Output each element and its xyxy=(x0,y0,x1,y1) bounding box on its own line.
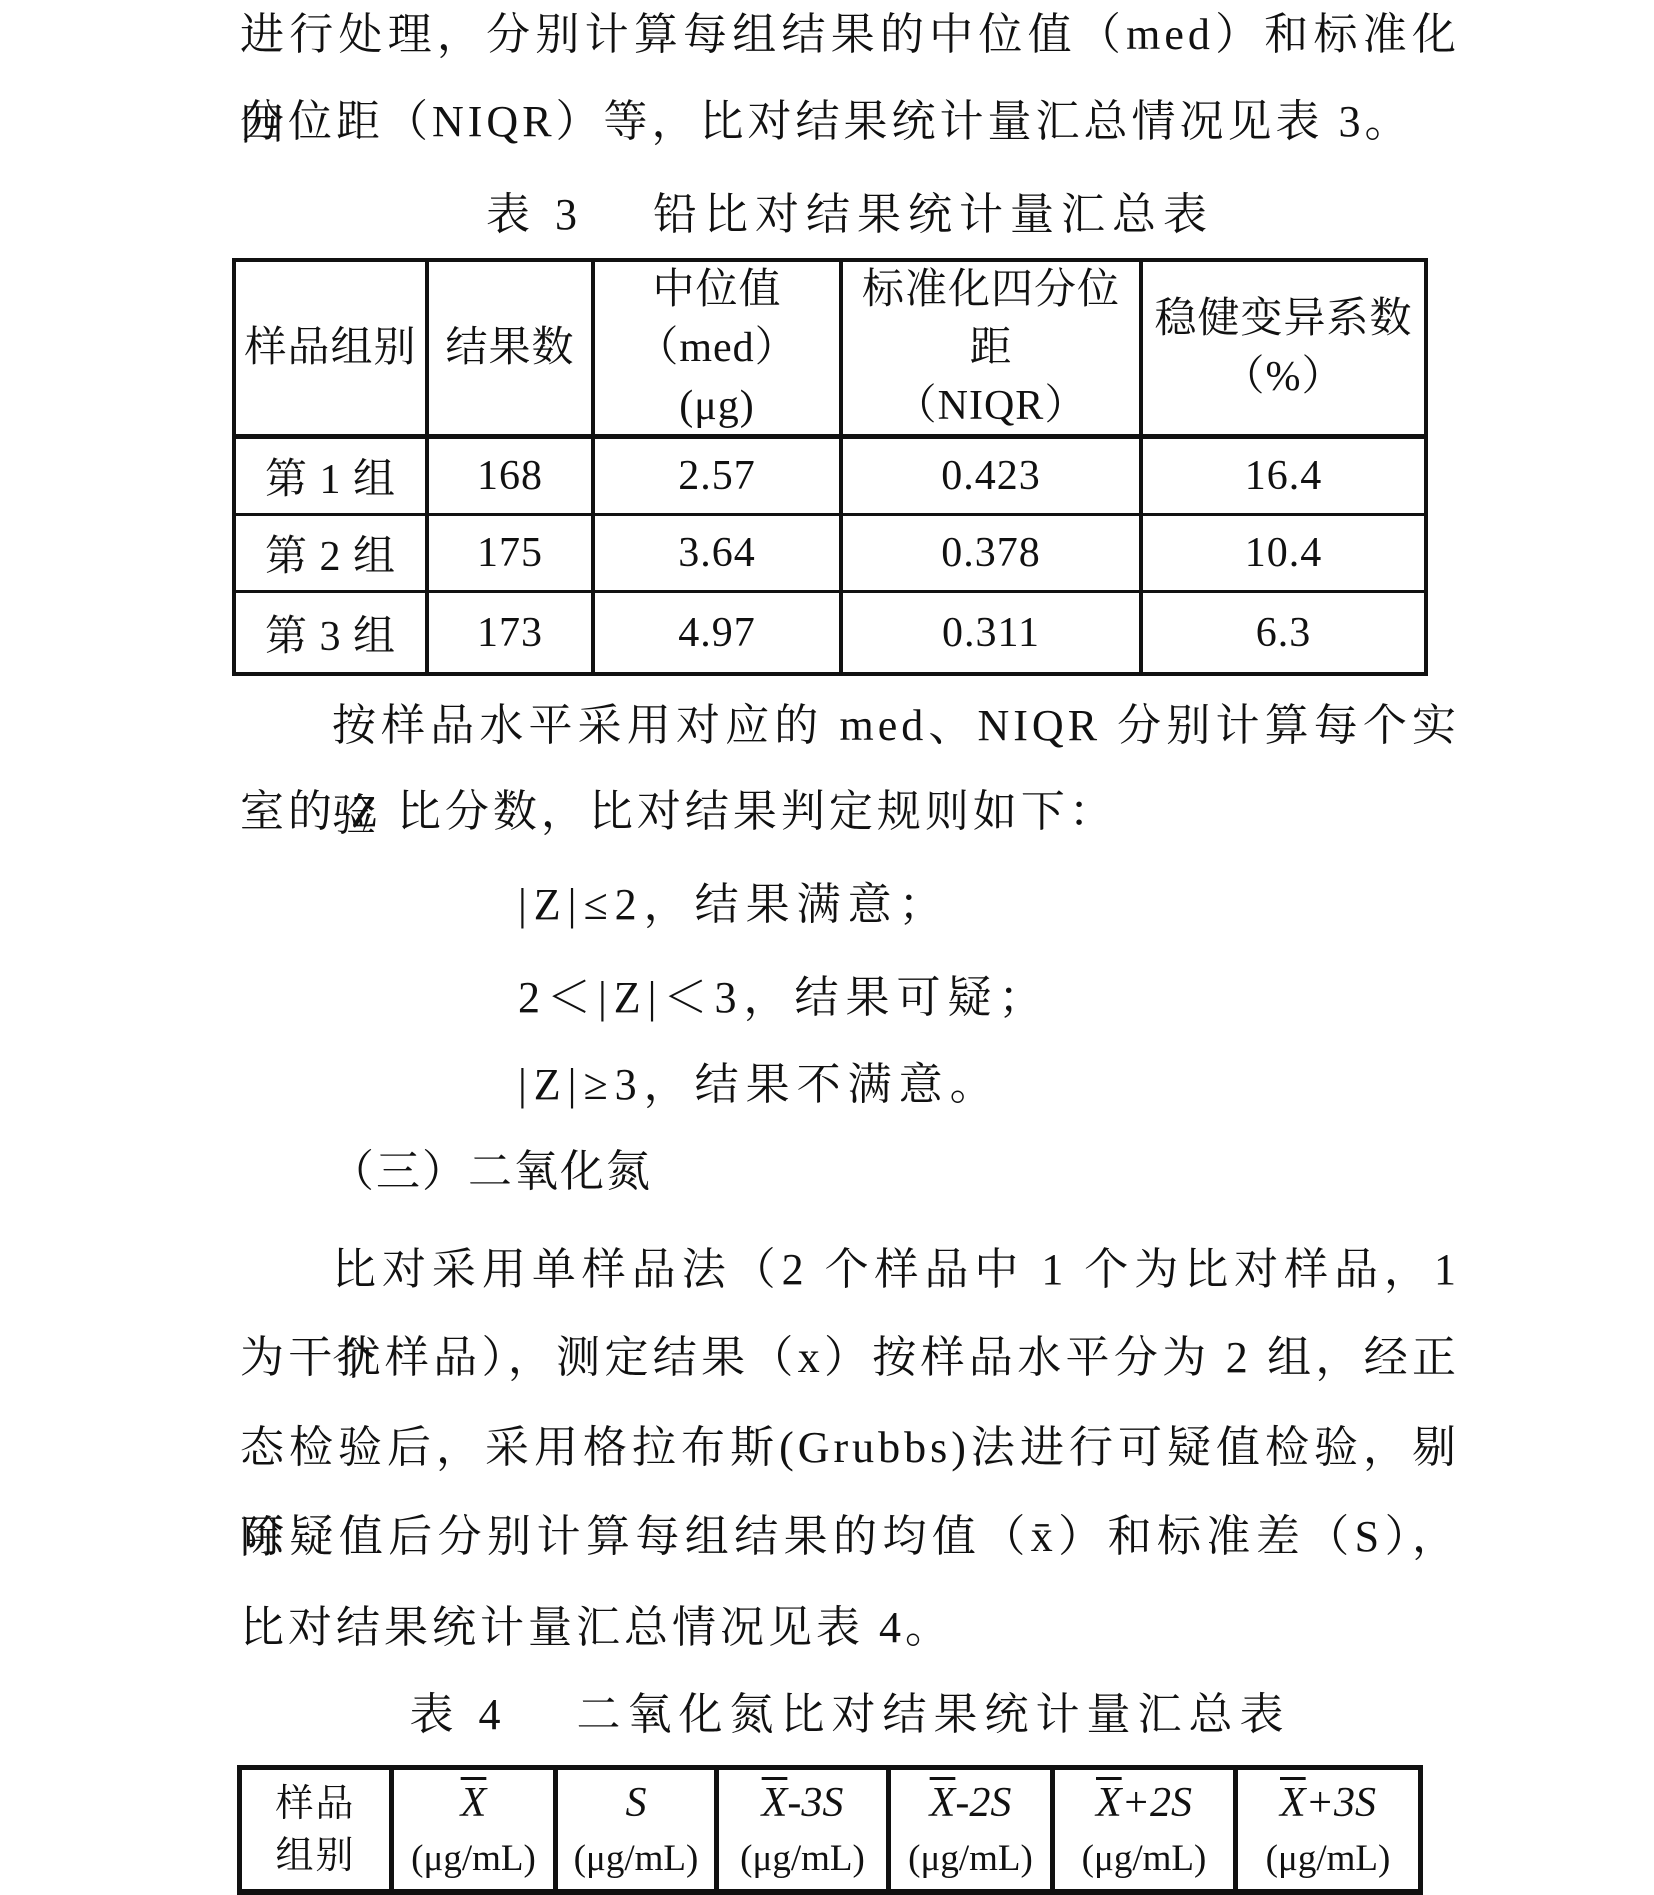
table3-row2-niqr: 0.378 xyxy=(843,516,1143,593)
table3-header-sample-group: 样品组别 xyxy=(236,262,429,439)
table3-row1-med: 2.57 xyxy=(595,439,843,516)
table3: 样品组别 结果数 中位值 （med） (μg) 标准化四分位距 （NIQR） 稳… xyxy=(232,258,1428,676)
table3-header-niqr: 标准化四分位距 （NIQR） xyxy=(843,262,1143,439)
table3-row1-count: 168 xyxy=(429,439,595,516)
table4-header-mean-plus-3s-symbol: X xyxy=(1280,1780,1306,1826)
z-rule-questionable: 2＜|Z|＜3，结果可疑； xyxy=(518,953,1050,1043)
table3-row2-group: 第 2 组 xyxy=(236,516,429,593)
table4-header-mean-plus-2s-rest: +2S xyxy=(1122,1780,1192,1826)
table3-row1-rcv: 16.4 xyxy=(1143,439,1424,516)
paragraph1-line2: 分位距（NIQR）等，比对结果统计量汇总情况见表 3。 xyxy=(240,77,1460,167)
table4-header-mean-minus-2s-symbol: X xyxy=(930,1780,956,1826)
table3-row3-group: 第 3 组 xyxy=(236,593,429,672)
table4-header-mean-plus-2s: X+2S (μg/mL) xyxy=(1055,1770,1238,1889)
table3-row3-rcv: 6.3 xyxy=(1143,593,1424,672)
table4-header-mean-minus-3s-rest: -3S xyxy=(787,1780,843,1826)
table4-header-sd: S (μg/mL) xyxy=(558,1770,719,1889)
table3-header-median-line1: 中位值 xyxy=(652,261,781,319)
table4-header-sd-symbol: S xyxy=(626,1780,647,1826)
table4-header-mean-symbol: X xyxy=(461,1780,487,1826)
table4-header-mean-minus-2s-rest: -2S xyxy=(955,1780,1011,1826)
table3-row3-count: 173 xyxy=(429,593,595,672)
table3-caption: 表 3 铅比对结果统计量汇总表 xyxy=(240,170,1460,260)
table4-header-mean-plus-2s-unit: (μg/mL) xyxy=(1082,1832,1207,1886)
table3-header-robust-cv-line2: （%） xyxy=(1223,348,1345,406)
table4-header-mean-plus-3s-unit: (μg/mL) xyxy=(1266,1832,1391,1886)
paragraph3-line1: 比对采用单样品法（2 个样品中 1 个为比对样品，1 个 xyxy=(240,1225,1460,1315)
table3-header-sample-group-label: 样品组别 xyxy=(244,319,416,377)
table3-row2-med: 3.64 xyxy=(595,516,843,593)
table4-header-sample-group-line2: 组别 xyxy=(275,1830,355,1882)
table4-header-mean: X (μg/mL) xyxy=(394,1770,558,1889)
paragraph3-line5: 比对结果统计量汇总情况见表 4。 xyxy=(240,1583,1460,1673)
section-heading-no2: （三）二氧化氮 xyxy=(330,1127,652,1217)
z-rule-satisfactory: |Z|≤2，结果满意； xyxy=(518,860,950,950)
table3-header-niqr-line1: 标准化四分位距 xyxy=(843,261,1139,377)
table3-header-niqr-line2: （NIQR） xyxy=(895,377,1088,435)
table3-header-median: 中位值 （med） (μg) xyxy=(595,262,843,439)
table3-header-result-count-label: 结果数 xyxy=(445,319,574,377)
table4-header-mean-minus-3s: X-3S (μg/mL) xyxy=(719,1770,891,1889)
table4: 样品 组别 X (μg/mL) S (μg/mL) X-3S (μg/mL) X… xyxy=(237,1765,1423,1895)
table4-header-mean-plus-3s: X+3S (μg/mL) xyxy=(1238,1770,1418,1889)
table4-header-mean-minus-2s: X-2S (μg/mL) xyxy=(891,1770,1055,1889)
table3-header-result-count: 结果数 xyxy=(429,262,595,439)
paragraph3-line4: 可疑值后分别计算每组结果的均值（x̄）和标准差（S）， xyxy=(240,1492,1460,1582)
table4-header-mean-minus-2s-unit: (μg/mL) xyxy=(908,1832,1033,1886)
table4-header-mean-minus-3s-unit: (μg/mL) xyxy=(740,1832,865,1886)
table4-header-sample-group: 样品 组别 xyxy=(242,1770,394,1889)
table4-header-mean-plus-2s-symbol: X xyxy=(1096,1780,1122,1826)
table3-row3-niqr: 0.311 xyxy=(843,593,1143,672)
table4-header-mean-minus-3s-symbol: X xyxy=(762,1780,788,1826)
z-rule-unsatisfactory: |Z|≥3，结果不满意。 xyxy=(518,1040,1001,1130)
table3-header-median-line2: （med） xyxy=(636,319,797,377)
table3-row2-count: 175 xyxy=(429,516,595,593)
table3-header-robust-cv: 稳健变异系数 （%） xyxy=(1143,262,1424,439)
table3-header-median-unit: (μg) xyxy=(679,377,755,435)
table3-row1-niqr: 0.423 xyxy=(843,439,1143,516)
paragraph2-line2: 室的 Z 比分数，比对结果判定规则如下： xyxy=(240,767,1460,857)
paragraph2-line1: 按样品水平采用对应的 med、NIQR 分别计算每个实验 xyxy=(240,681,1460,771)
table4-caption: 表 4 二氧化氮比对结果统计量汇总表 xyxy=(240,1670,1460,1760)
table3-row2-rcv: 10.4 xyxy=(1143,516,1424,593)
paragraph1-line1: 进行处理，分别计算每组结果的中位值（med）和标准化四 xyxy=(240,0,1460,80)
table3-row3-med: 4.97 xyxy=(595,593,843,672)
paragraph3-line3: 态检验后，采用格拉布斯(Grubbs)法进行可疑值检验，剔除 xyxy=(240,1403,1460,1493)
paragraph3-line2: 为干扰样品），测定结果（x）按样品水平分为 2 组，经正 xyxy=(240,1313,1460,1403)
table4-header-mean-unit: (μg/mL) xyxy=(411,1832,536,1886)
table4-header-sample-group-line1: 样品 xyxy=(275,1778,355,1830)
table3-header-robust-cv-line1: 稳健变异系数 xyxy=(1154,290,1412,348)
table4-header-mean-plus-3s-rest: +3S xyxy=(1306,1780,1376,1826)
table3-row1-group: 第 1 组 xyxy=(236,439,429,516)
document-page: 进行处理，分别计算每组结果的中位值（med）和标准化四 分位距（NIQR）等，比… xyxy=(0,0,1654,1895)
table4-header-sd-unit: (μg/mL) xyxy=(574,1832,699,1886)
